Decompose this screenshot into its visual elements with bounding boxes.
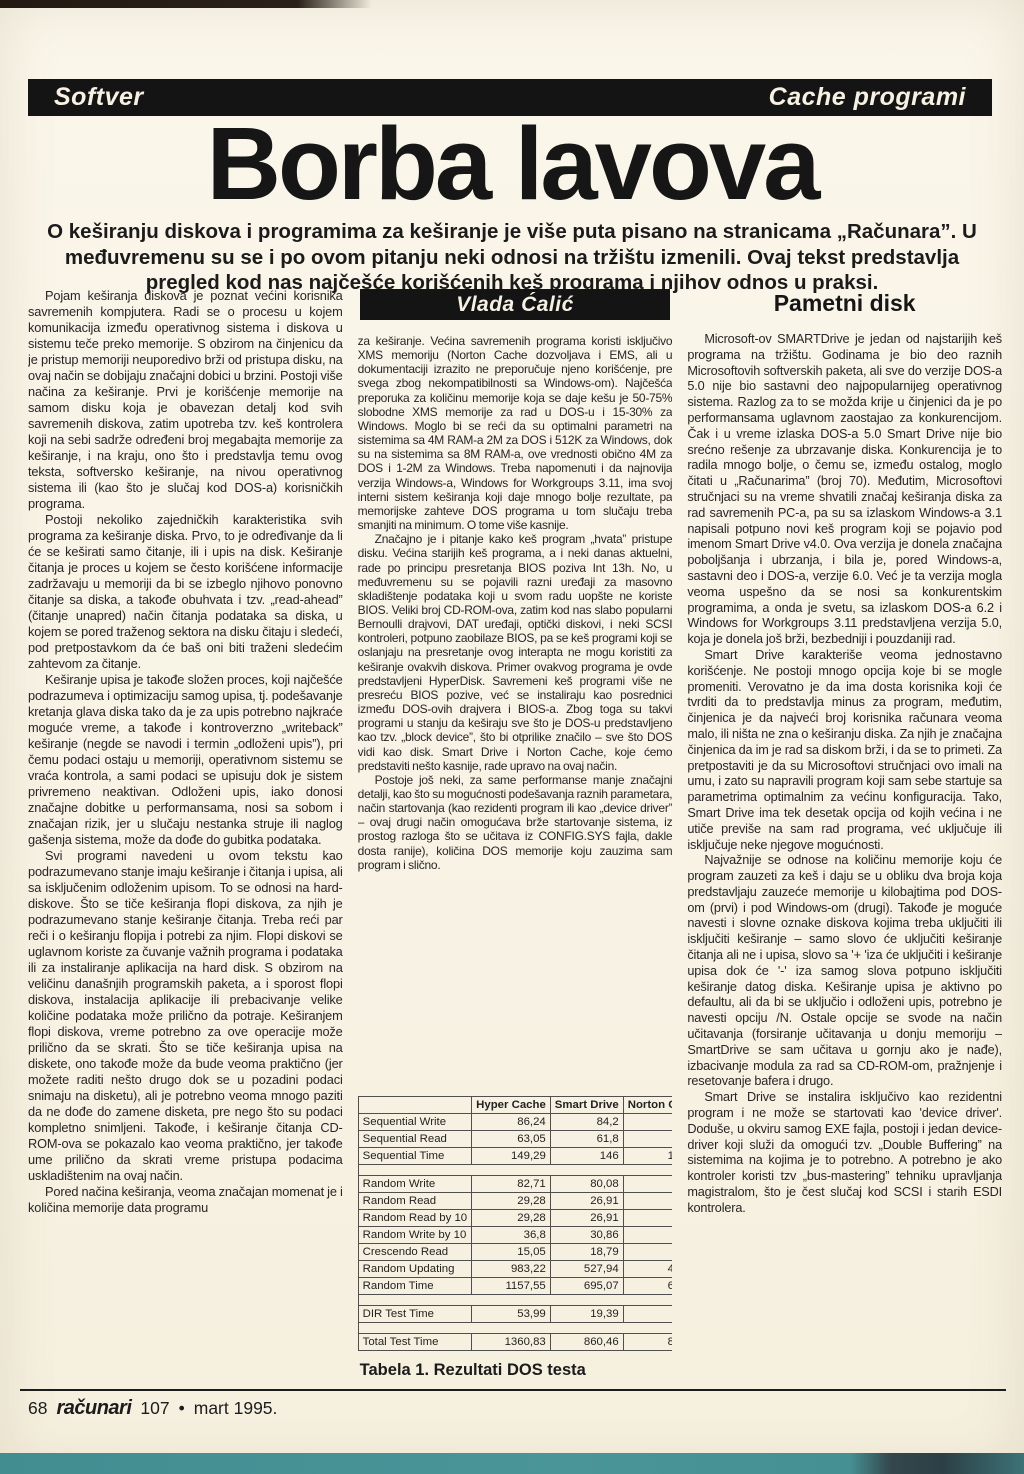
value-cell (550, 1295, 623, 1306)
value-cell (623, 1323, 672, 1334)
table-column-header: Smart Drive (550, 1097, 623, 1114)
value-cell: 466,71 (623, 1261, 672, 1278)
footer-text: 68 računari 107 • mart 1995. (28, 1397, 1006, 1420)
value-cell: 64,65 (623, 1131, 672, 1148)
row-label: Total Test Time (358, 1334, 471, 1351)
row-label: Sequential Write (358, 1114, 471, 1131)
table-row: Crescendo Read15,0518,7927,246,27 (358, 1244, 672, 1261)
table-row: DIR Test Time53,9919,3950,4714,72 (358, 1306, 672, 1323)
value-cell: 50,47 (623, 1306, 672, 1323)
row-label: Random Updating (358, 1261, 471, 1278)
column-right: Pametni disk Microsoft-ov SMARTDrive je … (687, 288, 1002, 1380)
row-label (358, 1295, 471, 1306)
value-cell: 1360,83 (472, 1334, 551, 1351)
value-cell: 26,86 (623, 1227, 672, 1244)
value-cell: 18,79 (550, 1244, 623, 1261)
row-label: Random Read (358, 1193, 471, 1210)
value-cell: 148,63 (623, 1148, 672, 1165)
table-row: Total Test Time1360,83860,46834,55584,74 (358, 1334, 672, 1351)
value-cell: 1157,55 (472, 1278, 551, 1295)
body-paragraph: Postoji nekoliko zajedničkih karakterist… (28, 512, 343, 672)
value-cell: 82,71 (472, 1176, 551, 1193)
body-paragraph: Microsoft-ov SMARTDrive je jedan od najs… (687, 332, 1002, 648)
value-cell: 63,05 (472, 1131, 551, 1148)
value-cell: 80,08 (550, 1176, 623, 1193)
value-cell: 61,8 (550, 1131, 623, 1148)
footer-rule (20, 1389, 1006, 1391)
magazine-name: računari (56, 1397, 131, 1420)
table-row: Sequential Time149,29146148,63120,89 (358, 1148, 672, 1165)
value-cell: 635,45 (623, 1278, 672, 1295)
value-cell: 29,28 (472, 1193, 551, 1210)
column-right-text: Microsoft-ov SMARTDrive je jedan od najs… (687, 332, 1002, 1217)
row-label: Random Write by 10 (358, 1227, 471, 1244)
article-title: Borba lavova (0, 112, 1024, 215)
value-cell: 527,94 (550, 1261, 623, 1278)
value-cell: 79,48 (623, 1176, 672, 1193)
table-column-header: Hyper Cache (472, 1097, 551, 1114)
value-cell: 149,29 (472, 1148, 551, 1165)
section-heading: Pametni disk (687, 288, 1002, 318)
table-body: Sequential Write86,2484,283,9871,89Seque… (358, 1114, 672, 1351)
row-label: Sequential Read (358, 1131, 471, 1148)
value-cell: 27,24 (623, 1244, 672, 1261)
body-paragraph: Smart Drive se instalira isključivo kao … (687, 1090, 1002, 1216)
table-spacer-row (358, 1165, 672, 1176)
body-paragraph: Postoje još neki, za same performanse ma… (358, 773, 673, 872)
issue-date: mart 1995. (194, 1398, 278, 1419)
table-corner-cell (358, 1097, 471, 1114)
value-cell: 695,07 (550, 1278, 623, 1295)
body-paragraph: Pojam keširanja diskova je poznat većini… (28, 288, 343, 512)
table-row: Random Read by 1029,2826,9130,0518,02 (358, 1210, 672, 1227)
value-cell: 29,28 (472, 1210, 551, 1227)
value-cell (472, 1323, 551, 1334)
row-label: DIR Test Time (358, 1306, 471, 1323)
article-lead: O keširanju diskova i programima za keši… (26, 219, 998, 296)
value-cell: 36,8 (472, 1227, 551, 1244)
page-number: 68 (28, 1398, 47, 1419)
value-cell (623, 1165, 672, 1176)
bullet-separator: • (179, 1398, 185, 1419)
value-cell (472, 1165, 551, 1176)
row-label: Random Write (358, 1176, 471, 1193)
value-cell: 19,39 (550, 1306, 623, 1323)
table-spacer-row (358, 1323, 672, 1334)
body-paragraph: za keširanje. Većina savremenih programa… (358, 334, 673, 532)
page-footer: 68 računari 107 • mart 1995. (20, 1389, 1006, 1420)
table-column-header: Norton Cache (623, 1097, 672, 1114)
value-cell: 30,05 (623, 1210, 672, 1227)
author-name: Vlada Ćalić (456, 293, 574, 317)
value-cell (550, 1165, 623, 1176)
table-spacer-row (358, 1295, 672, 1306)
column-left-text: Pojam keširanja diskova je poznat većini… (28, 288, 343, 1380)
table-row: Sequential Write86,2484,283,9871,89 (358, 1114, 672, 1131)
table-row: Random Write82,7180,0879,4866,57 (358, 1176, 672, 1193)
article-body: Pojam keširanja diskova je poznat većini… (28, 288, 1002, 1380)
column-middle-text: za keširanje. Većina savremenih programa… (358, 334, 673, 872)
scan-edge-bottom-strip (0, 1453, 1024, 1474)
column-middle: Vlada Ćalić za keširanje. Većina savreme… (358, 288, 673, 1380)
value-cell: 83,98 (623, 1114, 672, 1131)
table-row: Sequential Read63,0561,864,6549 (358, 1131, 672, 1148)
value-cell: 15,05 (472, 1244, 551, 1261)
value-cell: 26,91 (550, 1210, 623, 1227)
row-label (358, 1165, 471, 1176)
value-cell: 84,2 (550, 1114, 623, 1131)
column-left: Pojam keširanja diskova je poznat većini… (28, 288, 343, 1380)
row-label: Random Time (358, 1278, 471, 1295)
body-paragraph: Smart Drive karakteriše veoma jednostavn… (687, 648, 1002, 853)
table-row: Random Read29,2826,9130,0518,02 (358, 1193, 672, 1210)
table-row: Random Time1157,55695,07635,45449,13 (358, 1278, 672, 1295)
body-paragraph: Keširanje upisa je takođe složen proces,… (28, 672, 343, 848)
body-paragraph: Značajno je i pitanje kako keš program „… (358, 532, 673, 773)
table-header-row: Hyper CacheSmart DriveNorton CacheVCache (358, 1097, 672, 1114)
value-cell: 86,24 (472, 1114, 551, 1131)
row-label: Crescendo Read (358, 1244, 471, 1261)
table-head: Hyper CacheSmart DriveNorton CacheVCache (358, 1097, 672, 1114)
table-caption: Tabela 1. Rezultati DOS testa (360, 1361, 673, 1380)
value-cell (550, 1323, 623, 1334)
body-paragraph: Svi programi navedeni u ovom tekstu kao … (28, 848, 343, 1184)
scan-edge-top-strip (0, 0, 372, 8)
table-row: Random Write by 1036,830,8626,8622,85 (358, 1227, 672, 1244)
value-cell: 860,46 (550, 1334, 623, 1351)
value-cell: 983,22 (472, 1261, 551, 1278)
row-label: Sequential Time (358, 1148, 471, 1165)
row-label (358, 1323, 471, 1334)
value-cell: 53,99 (472, 1306, 551, 1323)
issue-number: 107 (140, 1398, 169, 1419)
value-cell: 30,05 (623, 1193, 672, 1210)
body-paragraph: Najvažnije se odnose na količinu memorij… (687, 853, 1002, 1090)
magazine-page: Softver Cache programi Borba lavova O ke… (0, 0, 1024, 1474)
results-table: Hyper CacheSmart DriveNorton CacheVCache… (358, 1096, 673, 1351)
body-paragraph: Pored načina keširanja, veoma značajan m… (28, 1184, 343, 1216)
row-label: Random Read by 10 (358, 1210, 471, 1227)
value-cell: 834,55 (623, 1334, 672, 1351)
table-row: Random Updating983,22527,94466,71330,54 (358, 1261, 672, 1278)
byline-bar: Vlada Ćalić (360, 289, 671, 320)
value-cell: 30,86 (550, 1227, 623, 1244)
value-cell (472, 1295, 551, 1306)
value-cell: 146 (550, 1148, 623, 1165)
value-cell (623, 1295, 672, 1306)
value-cell: 26,91 (550, 1193, 623, 1210)
section-label: Softver (54, 83, 144, 112)
